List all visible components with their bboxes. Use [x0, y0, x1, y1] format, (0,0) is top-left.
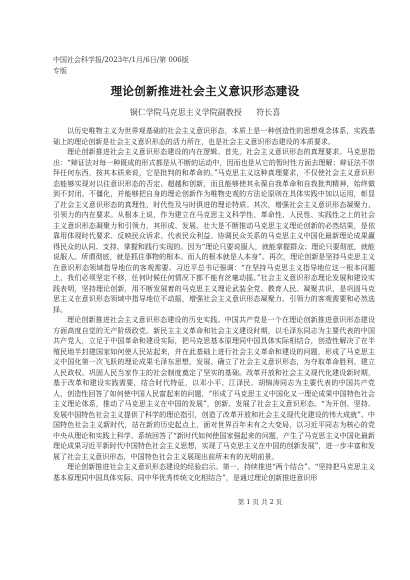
author-affiliation: 铜仁学院马克思主义学院副教授 — [130, 107, 242, 118]
paragraph-history: 理论创新推进社会主义意识形态建设的历史实践。中国共产党是一个在理论创新推进意识形… — [53, 315, 375, 462]
paragraph-lessons: 理论创新推进社会主义意识形态建设的经验启示。第一，持续推进“两个结合”。“坚持把… — [53, 462, 375, 483]
page-number: 第 1 页 共 2 页 — [0, 497, 410, 506]
paragraph-logic: 理论创新推进社会主义意识形态建设的内在逻辑。首先，社会主义意识形态的真理要求。马… — [53, 147, 375, 315]
source-line: 中国社会科学报/2023年/1月/6日/第 006版专版 — [53, 55, 193, 77]
article-body: 以历史唯物主义为世界观基础的社会主义意识形态，本质上是一种创造性的思想观念体系，… — [53, 126, 375, 483]
byline: 铜仁学院马克思主义学院副教授 符长喜 — [0, 107, 410, 118]
paragraph-intro: 以历史唯物主义为世界观基础的社会主义意识形态，本质上是一种创造性的思想观念体系，… — [53, 126, 375, 147]
document-page: 中国社会科学报/2023年/1月/6日/第 006版专版 理论创新推进社会主义意… — [0, 0, 410, 580]
article-title: 理论创新推进社会主义意识形态建设 — [0, 83, 410, 99]
author-name: 符长喜 — [256, 107, 280, 118]
